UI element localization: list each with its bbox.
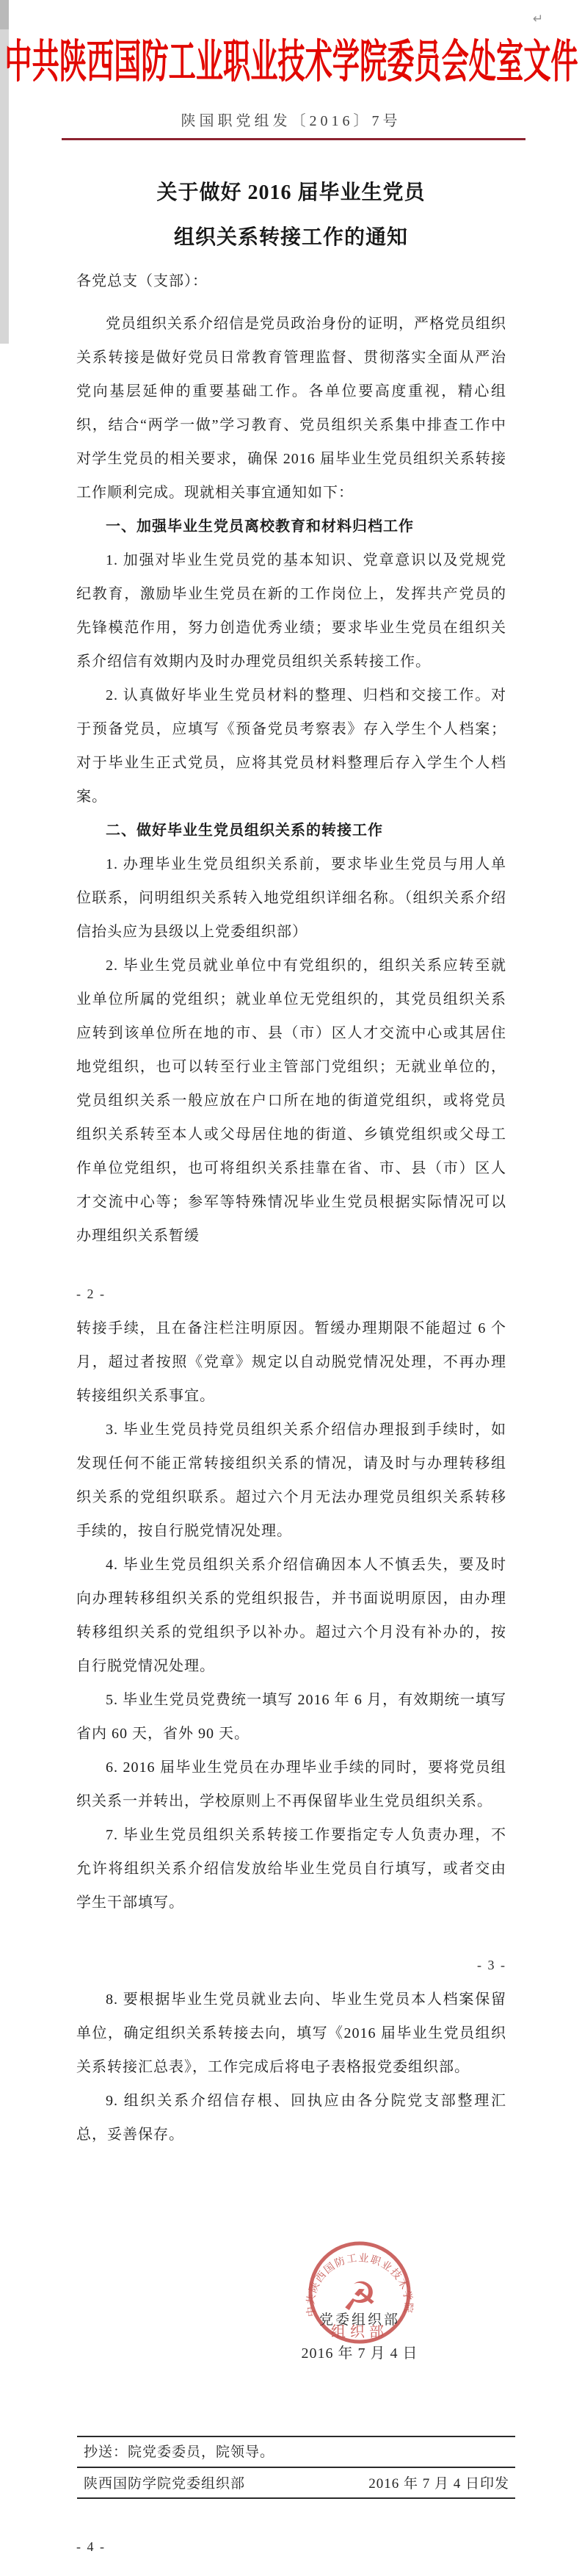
- body-paragraph: 1. 办理毕业生党员组织关系前，要求毕业生党员与用人单位联系，问明组织关系转入地…: [76, 847, 506, 949]
- footer-rule-top: [77, 2436, 515, 2437]
- footer-page-number: - 4 -: [76, 2539, 106, 2555]
- red-divider-rule: [62, 138, 525, 140]
- signoff-department: 党委组织部: [297, 2309, 422, 2329]
- body-paragraph: 党员组织关系介绍信是党员政治身份的证明，严格党员组织关系转接是做好党员日常教育管…: [76, 307, 506, 510]
- document-title-line1: 关于做好 2016 届毕业生党员: [0, 176, 582, 206]
- body-paragraph: 5. 毕业生党员党费统一填写 2016 年 6 月，有效期统一填写省内 60 天…: [76, 1683, 506, 1751]
- body-paragraph: 8. 要根据毕业生党员就业去向、毕业生党员本人档案保留单位，确定组织关系转接去向…: [76, 1983, 506, 2084]
- body-paragraph: 2. 认真做好毕业生党员材料的整理、归档和交接工作。对于预备党员，应填写《预备党…: [76, 679, 506, 814]
- page-number-mark: - 3 -: [76, 1956, 506, 1974]
- section-heading: 一、加强毕业生党员离校教育和材料归档工作: [76, 510, 506, 543]
- footer-print-date: 2016 年 7 月 4 日印发: [368, 2472, 509, 2492]
- footer-rule-bottom: [77, 2497, 515, 2499]
- footer-issuer-row: 陕西国防学院党委组织部 2016 年 7 月 4 日印发: [84, 2472, 509, 2492]
- body-paragraph: 9. 组织关系介绍信存根、回执应由各分院党支部整理汇总，妥善保存。: [76, 2084, 506, 2152]
- footer-rule-middle: [77, 2467, 515, 2468]
- footer-issuer: 陕西国防学院党委组织部: [84, 2472, 245, 2492]
- body-paragraph: 3. 毕业生党员持党员组织关系介绍信办理报到手续时，如发现任何不能正常转接组织关…: [76, 1413, 506, 1548]
- signoff-date: 2016 年 7 月 4 日: [292, 2341, 427, 2362]
- body-paragraph: 转接手续，且在备注栏注明原因。暂缓办理期限不能超过 6 个月，超过者按照《党章》…: [76, 1311, 506, 1413]
- letterhead: 中共陕西国防工业职业技术学院委员会处室文件: [0, 19, 582, 95]
- document-body: 各党总支（支部）：党员组织关系介绍信是党员政治身份的证明，严格党员组织关系转接是…: [76, 264, 506, 2152]
- letterhead-institution: 中共陕西国防工业职业技术学院委员会处室文件: [4, 25, 578, 90]
- document-title-line2: 组织关系转接工作的通知: [0, 221, 582, 250]
- official-document-page: ↵ 中共陕西国防工业职业技术学院委员会处室文件 陕国职党组发〔2016〕7号 关…: [0, 0, 582, 2576]
- body-paragraph: 1. 加强对毕业生党员党的基本知识、党章意识以及党规党纪教育，激励毕业生党员在新…: [76, 543, 506, 679]
- document-number: 陕国职党组发〔2016〕7号: [0, 109, 582, 130]
- section-heading: 二、做好毕业生党员组织关系的转接工作: [76, 814, 506, 847]
- body-paragraph: 6. 2016 届毕业生党员在办理毕业手续的同时，要将党员组织关系一并转出，学校…: [76, 1751, 506, 1818]
- salutation: 各党总支（支部）：: [76, 264, 506, 298]
- footer-cc-line: 抄送：院党委委员，院领导。: [84, 2441, 509, 2461]
- page-number-mark: - 2 -: [76, 1285, 506, 1303]
- body-paragraph: 7. 毕业生党员组织关系转接工作要指定专人负责办理，不允许将组织关系介绍信发放给…: [76, 1818, 506, 1920]
- body-paragraph: 4. 毕业生党员组织关系介绍信确因本人不慎丢失，要及时向办理转移组织关系的党组织…: [76, 1548, 506, 1683]
- body-paragraph: 2. 毕业生党员就业单位中有党组织的，组织关系应转至就业单位所属的党组织；就业单…: [76, 949, 506, 1253]
